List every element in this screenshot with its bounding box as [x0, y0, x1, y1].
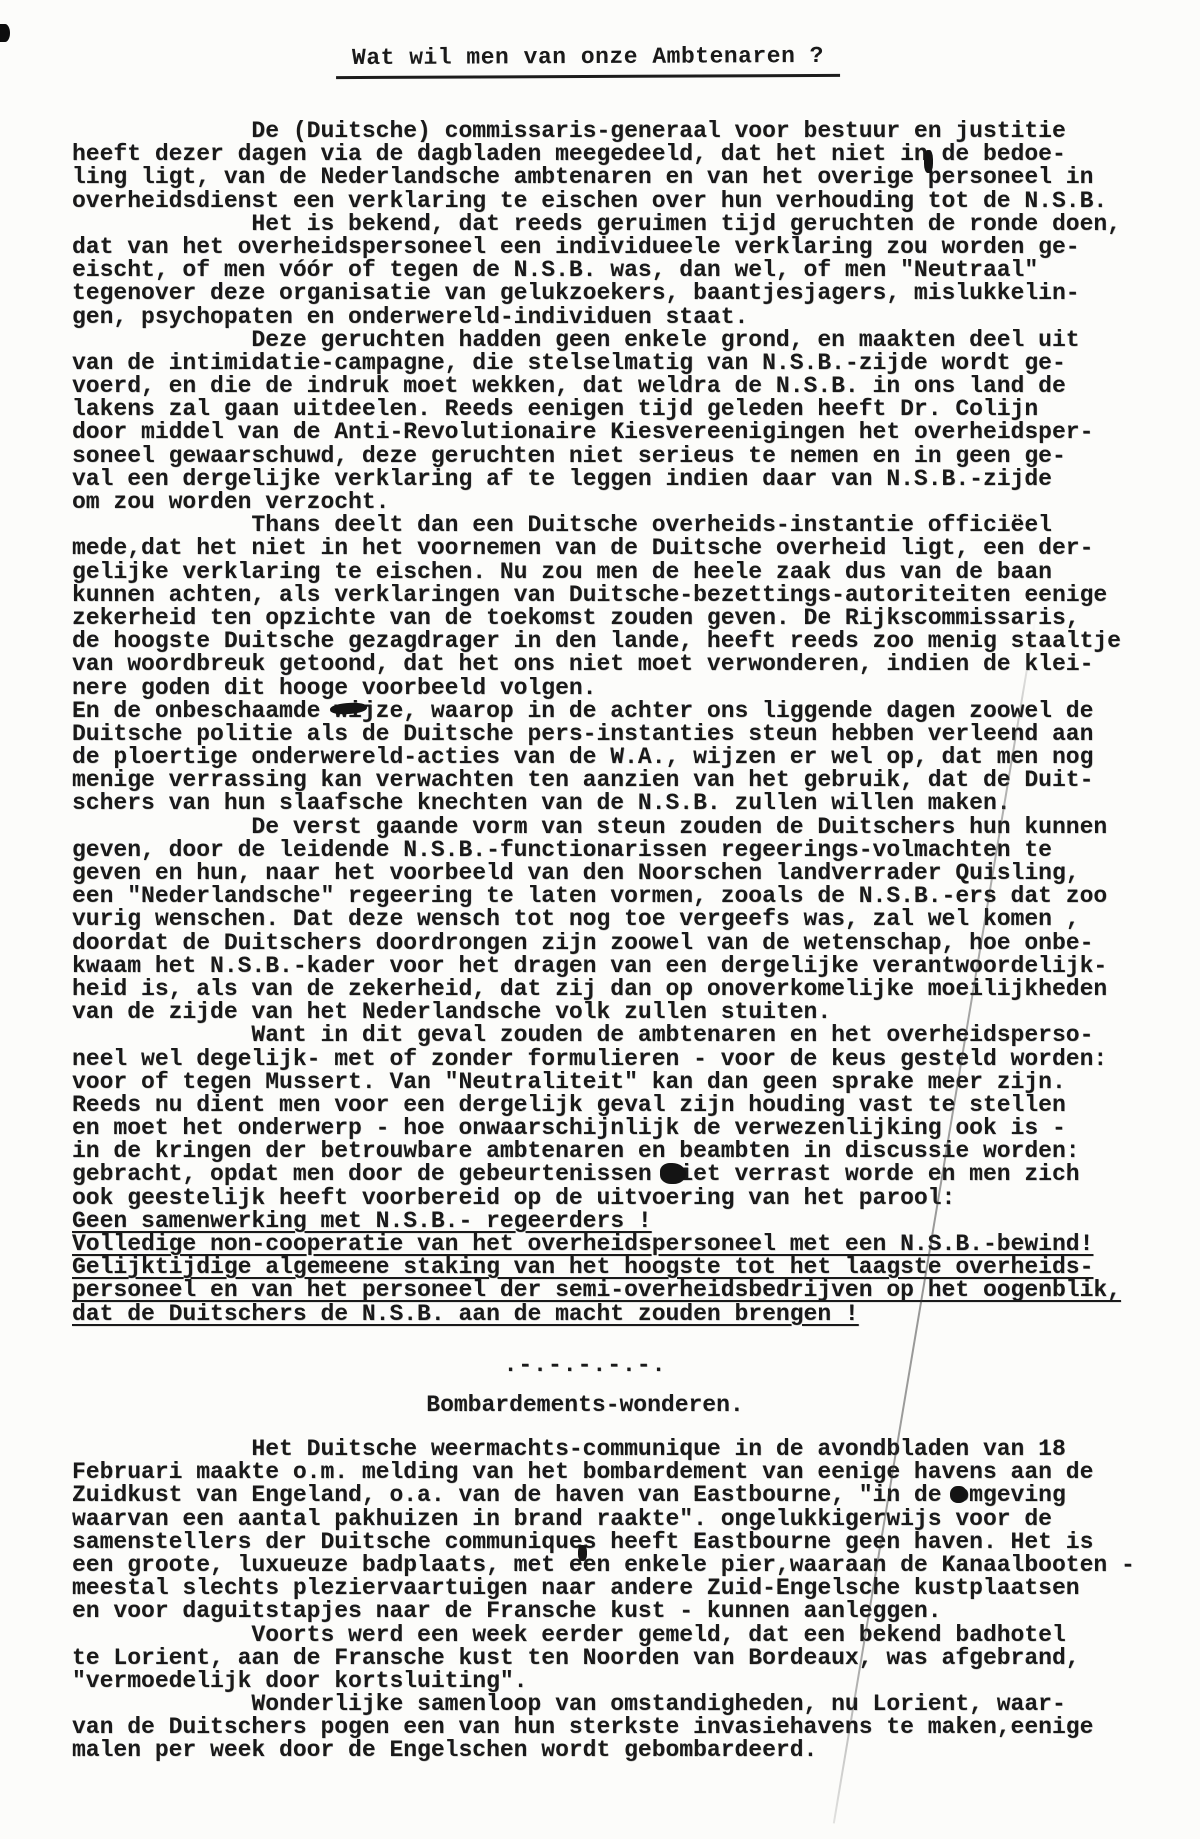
document-line: overheidsdienst een verklaring te eische…: [72, 190, 1121, 213]
document-line: De (Duitsche) commissaris-generaal voor …: [72, 120, 1121, 143]
document-line: menige verrassing kan verwachten ten aan…: [72, 769, 1121, 792]
document-line: malen per week door de Engelschen wordt …: [72, 1739, 1135, 1762]
document-line: gebracht, opdat men door de gebeurteniss…: [72, 1163, 1121, 1186]
scan-edge-mark: [0, 24, 10, 42]
document-line: van de intimidatie-campagne, die stelsel…: [72, 352, 1121, 375]
document-line: heid is, als van de zekerheid, dat zij d…: [72, 978, 1121, 1001]
document-line: zekerheid ten opzichte van de toekomst z…: [72, 607, 1121, 630]
document-line: en voor daguitstapjes naar de Fransche k…: [72, 1600, 1135, 1623]
document-line: voerd, en die de indruk moet wekken, dat…: [72, 375, 1121, 398]
document-line: mede,dat het niet in het voornemen van d…: [72, 537, 1121, 560]
document-line: een "Nederlandsche" regeering te laten v…: [72, 885, 1121, 908]
document-line: dat de Duitschers de N.S.B. aan de macht…: [72, 1303, 1121, 1326]
document-line: Volledige non-cooperatie van het overhei…: [72, 1233, 1121, 1256]
document-line: De verst gaande vorm van steun zouden de…: [72, 816, 1121, 839]
document-body-section-1: De (Duitsche) commissaris-generaal voor …: [72, 120, 1121, 1326]
ink-blot: [924, 150, 933, 173]
document-line: Deze geruchten hadden geen enkele grond,…: [72, 329, 1121, 352]
ink-blot: [660, 1163, 686, 1184]
section-2-heading: Bombardements-wonderen.: [0, 1392, 1170, 1418]
document-line: van de Duitschers pogen een van hun ster…: [72, 1716, 1135, 1739]
document-line: gen, psychopaten en onderwereld-individu…: [72, 306, 1121, 329]
document-line: personeel en van het personeel der semi-…: [72, 1279, 1121, 1302]
document-line: ling ligt, van de Nederlandsche ambtenar…: [72, 166, 1121, 189]
document-line: Het Duitsche weermachts-communique in de…: [72, 1438, 1135, 1461]
document-line: samenstellers der Duitsche communiques h…: [72, 1531, 1135, 1554]
document-line: Gelijktijdige algemeene staking van het …: [72, 1256, 1121, 1279]
document-line: Zuidkust van Engeland, o.a. van de haven…: [72, 1484, 1135, 1507]
document-line: eischt, of men vóór of tegen de N.S.B. w…: [72, 259, 1121, 282]
document-line: Het is bekend, dat reeds geruimen tijd g…: [72, 213, 1121, 236]
document-page: Wat wil men van onze Ambtenaren ? De (Du…: [0, 0, 1200, 1839]
document-line: Duitsche politie als de Duitsche pers-in…: [72, 723, 1121, 746]
document-line: en moet het onderwerp - hoe onwaarschijn…: [72, 1117, 1121, 1140]
document-line: doordat de Duitschers doordrongen zijn z…: [72, 932, 1121, 955]
document-title: Wat wil men van onze Ambtenaren ?: [0, 44, 1176, 78]
document-line: dat van het overheidspersoneel een indiv…: [72, 236, 1121, 259]
document-line: soneel gewaarschuwd, deze geruchten niet…: [72, 445, 1121, 468]
document-line: van de zijde van het Nederlandsche volk …: [72, 1001, 1121, 1024]
document-line: een groote, luxueuze badplaats, met een …: [72, 1554, 1135, 1577]
document-line: gelijke verklaring te eischen. Nu zou me…: [72, 561, 1121, 584]
document-line: Reeds nu dient men voor een dergelijk ge…: [72, 1094, 1121, 1117]
document-line: in de kringen der betrouwbare ambtenaren…: [72, 1140, 1121, 1163]
document-line: Februari maakte o.m. melding van het bom…: [72, 1461, 1135, 1484]
document-body-section-2: Het Duitsche weermachts-communique in de…: [72, 1438, 1135, 1763]
document-line: tegenover deze organisatie van gelukzoek…: [72, 282, 1121, 305]
section-separator: .-.-.-.-.-.: [0, 1352, 1170, 1378]
document-line: Thans deelt dan een Duitsche overheids-i…: [72, 514, 1121, 537]
document-line: vurig wenschen. Dat deze wensch tot nog …: [72, 908, 1121, 931]
ink-blot: [578, 1545, 587, 1561]
document-line: geven, door de leidende N.S.B.-functiona…: [72, 839, 1121, 862]
document-line: kwaam het N.S.B.-kader voor het dragen v…: [72, 955, 1121, 978]
document-line: Voorts werd een week eerder gemeld, dat …: [72, 1624, 1135, 1647]
document-line: schers van hun slaafsche knechten van de…: [72, 792, 1121, 815]
document-line: nere goden dit hooge voorbeeld volgen.: [72, 677, 1121, 700]
document-line: de ploertige onderwereld-acties van de W…: [72, 746, 1121, 769]
document-line: te Lorient, aan de Fransche kust ten Noo…: [72, 1647, 1135, 1670]
document-line: En de onbeschaamde wijze, waarop in de a…: [72, 700, 1121, 723]
document-line: geven en hun, naar het voorbeeld van den…: [72, 862, 1121, 885]
document-line: om zou worden verzocht.: [72, 491, 1121, 514]
ink-blot: [950, 1486, 967, 1503]
document-line: door middel van de Anti-Revolutionaire K…: [72, 421, 1121, 444]
document-line: Wonderlijke samenloop van omstandigheden…: [72, 1693, 1135, 1716]
document-line: ook geestelijk heeft voorbereid op de ui…: [72, 1187, 1121, 1210]
document-line: val een dergelijke verklaring af te legg…: [72, 468, 1121, 491]
document-line: meestal slechts pleziervaartuigen naar a…: [72, 1577, 1135, 1600]
document-line: de hoogste Duitsche gezagdrager in den l…: [72, 630, 1121, 653]
document-line: waarvan een aantal pakhuizen in brand ra…: [72, 1508, 1135, 1531]
document-line: van woordbreuk getoond, dat het ons niet…: [72, 653, 1121, 676]
document-line: heeft dezer dagen via de dagbladen meege…: [72, 143, 1121, 166]
document-line: "vermoedelijk door kortsluiting".: [72, 1670, 1135, 1693]
document-line: voor of tegen Mussert. Van "Neutraliteit…: [72, 1071, 1121, 1094]
document-line: lakens zal gaan uitdeelen. Reeds eenigen…: [72, 398, 1121, 421]
document-line: kunnen achten, als verklaringen van Duit…: [72, 584, 1121, 607]
document-line: Geen samenwerking met N.S.B.- regeerders…: [72, 1210, 1121, 1233]
document-title-text: Wat wil men van onze Ambtenaren ?: [336, 43, 840, 79]
